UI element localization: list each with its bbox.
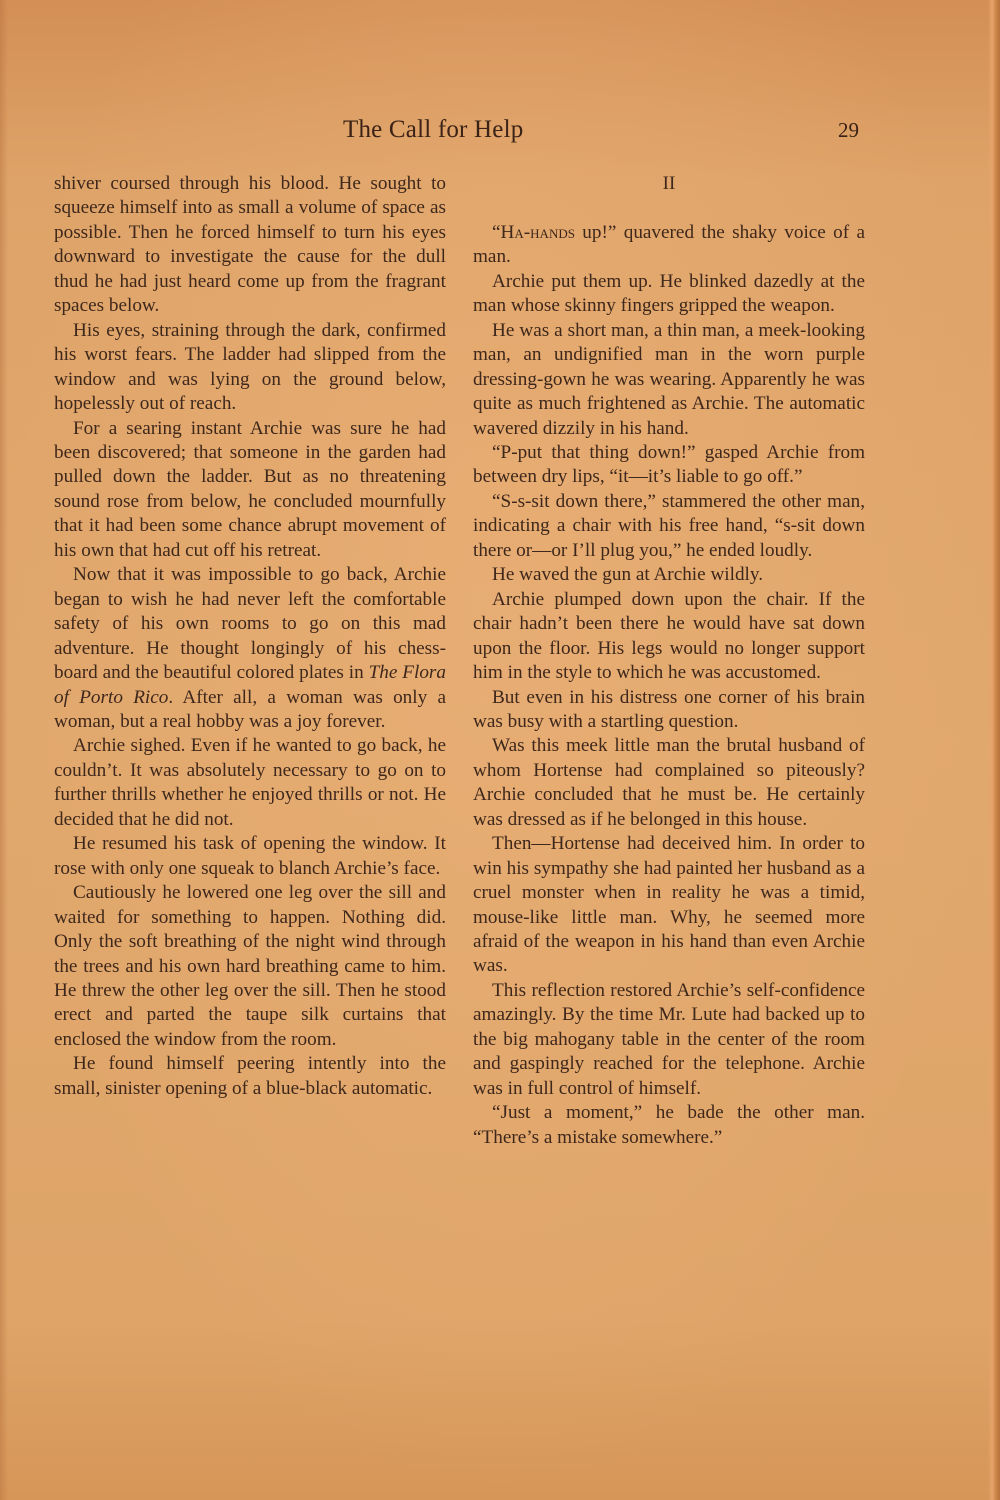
paragraph: This reflection restored Archie’s self-c… (473, 979, 865, 1101)
paragraph: His eyes, straining through the dark, co… (54, 319, 446, 417)
small-caps-opening: Ha-hands (501, 222, 575, 243)
paragraph: He found himself peering intently into t… (54, 1052, 446, 1101)
running-head: The Call for Help 29 (0, 116, 1000, 156)
left-text-column: shiver coursed through his blood. He sou… (54, 172, 446, 1101)
right-text-column: II “Ha-hands up!” quavered the shaky voi… (473, 172, 865, 1150)
paragraph: For a searing instant Archie was sure he… (54, 417, 446, 564)
opening-line-rest: up!” quavered the shaky (575, 222, 777, 243)
paragraph: He resumed his task of opening the windo… (54, 832, 446, 881)
paragraph: shiver coursed through his blood. He sou… (54, 172, 446, 319)
section-opening-paragraph: “Ha-hands up!” quavered the shaky voice … (473, 221, 865, 270)
running-title: The Call for Help (343, 116, 523, 144)
paragraph: Archie put them up. He blinked dazedly a… (473, 270, 865, 319)
paragraph: “P-put that thing down!” gasped Archie f… (473, 441, 865, 490)
page-number: 29 (838, 118, 859, 143)
paragraph: Was this meek little man the brutal husb… (473, 734, 865, 832)
paragraph: Archie plumped down upon the chair. If t… (473, 588, 865, 686)
section-number: II (473, 172, 865, 196)
paragraph: “S-s-sit down there,” stammered the othe… (473, 490, 865, 563)
paragraph: Archie sighed. Even if he wanted to go b… (54, 734, 446, 832)
book-title-italic: The Flora of Porto Rico (54, 662, 446, 707)
paragraph: He was a short man, a thin man, a meek-l… (473, 319, 865, 441)
page-right-edge (988, 0, 1000, 1500)
paragraph: “Just a moment,” he bade the other man. … (473, 1101, 865, 1150)
paragraph: Cautiously he lowered one leg over the s… (54, 881, 446, 1052)
opening-quote: “ (492, 222, 501, 243)
paragraph: But even in his distress one corner of h… (473, 686, 865, 735)
paragraph: Now that it was impossible to go back, A… (54, 563, 446, 734)
page-left-edge-shadow (0, 0, 8, 1500)
paragraph: Then—Hortense had deceived him. In order… (473, 832, 865, 979)
paragraph: He waved the gun at Archie wildly. (473, 563, 865, 587)
